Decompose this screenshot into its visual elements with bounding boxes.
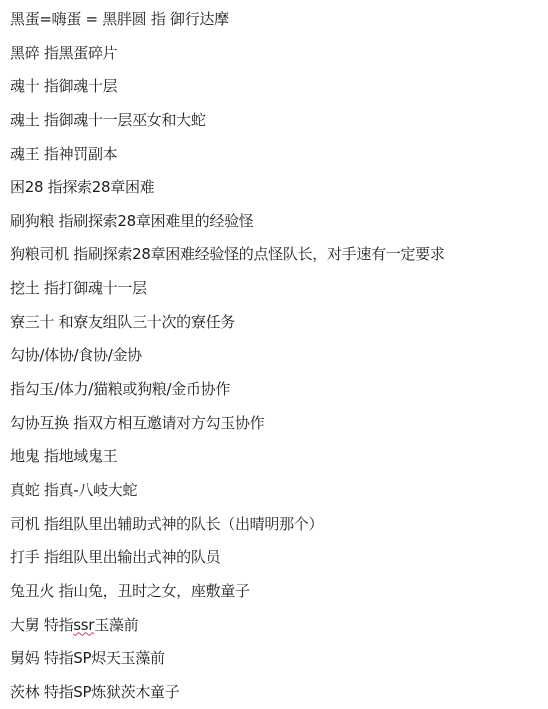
glossary-line: 真蛇 指真-八岐大蛇 (10, 474, 548, 508)
definition: 指双方相互邀请对方勾玉协作 (69, 414, 265, 432)
definition: 特指SP烬天玉藻前 (39, 649, 164, 667)
definition: 指 御行达摩 (146, 10, 228, 28)
term: 司机 (10, 515, 39, 533)
definition: 指神罚副本 (39, 145, 117, 163)
term: 大舅 (10, 616, 39, 634)
glossary-line: 指勾玉/体力/猫粮或狗粮/金币协作 (10, 373, 548, 407)
definition: 指刷探索28章困难里的经验怪 (54, 212, 253, 230)
glossary-line: 黑蛋=嗨蛋 = 黑胖圆 指 御行达摩 (10, 3, 548, 37)
glossary-line: 狗粮司机 指刷探索28章困难经验怪的点怪队长，对手速有一定要求 (10, 238, 548, 272)
term: 魂王 (10, 145, 39, 163)
glossary-line: 地鬼 指地域鬼王 (10, 440, 548, 474)
glossary-line: 魂土 指御魂十一层巫女和大蛇 (10, 104, 548, 138)
glossary-line: 兔丑火 指山兔，丑时之女，座敷童子 (10, 575, 548, 609)
spellcheck-flagged-word[interactable]: ssr (73, 616, 94, 634)
glossary-line: 舅妈 特指SP烬天玉藻前 (10, 642, 548, 676)
glossary-line: 打手 指组队里出输出式神的队员 (10, 541, 548, 575)
definition: 特指SP炼狱茨木童子 (39, 683, 179, 701)
term: 挖土 (10, 279, 39, 297)
term: 刷狗粮 (10, 212, 54, 230)
definition: 指探索28章困难 (43, 178, 154, 196)
definition: 和寮友组队三十次的寮任务 (54, 313, 235, 331)
glossary-document: 黑蛋=嗨蛋 = 黑胖圆 指 御行达摩 黑碎 指黑蛋碎片 魂十 指御魂十层 魂土 … (10, 3, 548, 709)
glossary-line: 困28 指探索28章困难 (10, 171, 548, 205)
term: 黑碎 (10, 44, 39, 62)
definition: 指御魂十一层巫女和大蛇 (39, 111, 205, 129)
term: 狗粮司机 (10, 245, 69, 263)
glossary-line: 勾协/体协/食协/金协 (10, 339, 548, 373)
term: 兔丑火 (10, 582, 54, 600)
definition: 指御魂十层 (39, 77, 117, 95)
definition: 指黑蛋碎片 (39, 44, 117, 62)
definition: 指组队里出输出式神的队员 (39, 548, 220, 566)
definition: 指勾玉/体力/猫粮或狗粮/金币协作 (10, 380, 230, 398)
term: 魂十 (10, 77, 39, 95)
definition: 指真-八岐大蛇 (39, 481, 137, 499)
term: 困28 (10, 178, 43, 196)
glossary-line: 寮三十 和寮友组队三十次的寮任务 (10, 306, 548, 340)
glossary-line: 刷狗粮 指刷探索28章困难里的经验怪 (10, 205, 548, 239)
term: 勾协/体协/食协/金协 (10, 346, 142, 364)
definition: 指刷探索28章困难经验怪的点怪队长，对手速有一定要求 (69, 245, 445, 263)
definition: 指地域鬼王 (39, 447, 117, 465)
glossary-line: 茨林 特指SP炼狱茨木童子 (10, 676, 548, 709)
term: 寮三十 (10, 313, 54, 331)
term: 地鬼 (10, 447, 39, 465)
definition: 指山兔，丑时之女，座敷童子 (54, 582, 250, 600)
glossary-line: 司机 指组队里出辅助式神的队长（出晴明那个） (10, 508, 548, 542)
definition: 特指 (39, 616, 73, 634)
term: 打手 (10, 548, 39, 566)
term: 舅妈 (10, 649, 39, 667)
glossary-line: 勾协互换 指双方相互邀请对方勾玉协作 (10, 407, 548, 441)
term: 黑蛋=嗨蛋 = 黑胖圆 (10, 10, 146, 28)
term: 勾协互换 (10, 414, 69, 432)
term: 真蛇 (10, 481, 39, 499)
glossary-line: 大舅 特指ssr玉藻前 (10, 609, 548, 643)
glossary-line: 黑碎 指黑蛋碎片 (10, 37, 548, 71)
glossary-line: 魂王 指神罚副本 (10, 138, 548, 172)
definition: 指组队里出辅助式神的队长（出晴明那个） (39, 515, 323, 533)
term: 茨林 (10, 683, 39, 701)
term: 魂土 (10, 111, 39, 129)
definition-rest: 玉藻前 (94, 616, 138, 634)
glossary-line: 挖土 指打御魂十一层 (10, 272, 548, 306)
glossary-line: 魂十 指御魂十层 (10, 70, 548, 104)
definition: 指打御魂十一层 (39, 279, 146, 297)
